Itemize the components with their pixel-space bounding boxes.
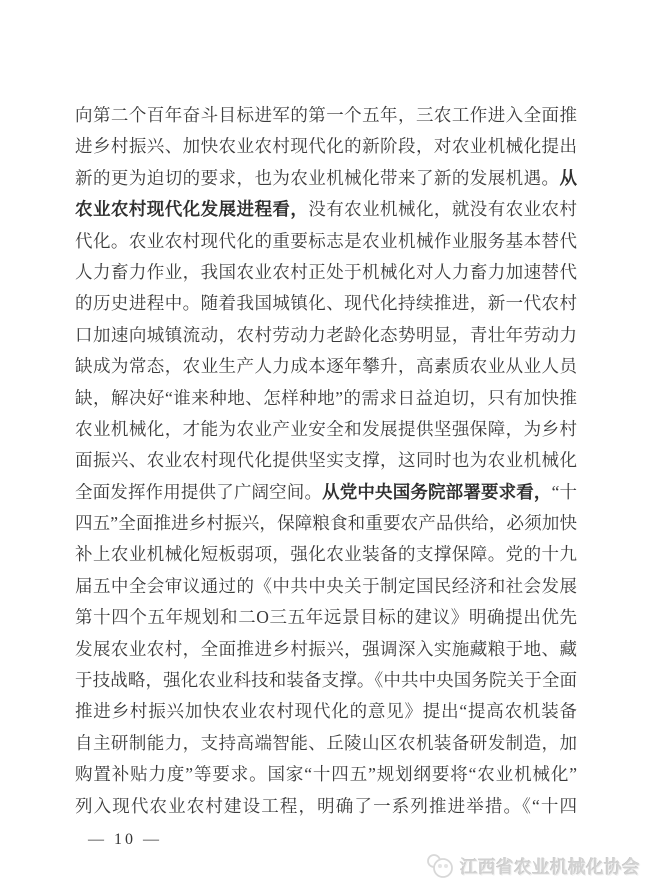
text-line: 进乡村振兴、加快农业农村现代化的新阶段，对农业机械化提出了 — [75, 131, 577, 162]
association-logo-icon — [425, 852, 455, 880]
page-number: — 10 — — [88, 831, 162, 849]
text-line: 缺成为常态，农业生产人力成本逐年攀升，高素质农业从业人员短 — [75, 351, 577, 382]
document-page: 向第二个百年奋斗目标进军的第一个五年，三农工作进入全面推进乡村振兴、加快农业农村… — [0, 0, 650, 893]
text-line: 发展农业农村，全面推进乡村振兴，强调深入实施藏粮于地、藏粮 — [75, 634, 577, 665]
text-line: 面振兴、农业农村现代化提供坚实支撑，这同时也为农业机械化的 — [75, 445, 577, 476]
text-line: 四五”全面推进乡村振兴，保障粮食和重要农产品供给，必须加快 — [75, 508, 577, 539]
text-line: 向第二个百年奋斗目标进军的第一个五年，三农工作进入全面推 — [75, 100, 577, 131]
text-line: 届五中全会审议通过的《中共中央关于制定国民经济和社会发展 — [75, 571, 577, 602]
document-body: 向第二个百年奋斗目标进军的第一个五年，三农工作进入全面推进乡村振兴、加快农业农村… — [75, 100, 577, 822]
text-line: 新的更为迫切的要求，也为农业机械化带来了新的发展机遇。从 — [75, 163, 577, 194]
text-line: 于技战略，强化农业科技和装备支撑。《中共中央国务院关于全面 — [75, 665, 577, 696]
text-line: 全面发挥作用提供了广阔空间。从党中央国务院部署要求看，“十 — [75, 477, 577, 508]
text-line: 农业机械化，才能为农业产业安全和发展提供坚强保障，为乡村全 — [75, 414, 577, 445]
text-line: 购置补贴力度”等要求。国家“十四五”规划纲要将“农业机械化” — [75, 759, 577, 790]
watermark-text: 江西省农业机械化协会 — [460, 854, 640, 879]
text-line: 口加速向城镇流动，农村劳动力老龄化态势明显，青壮年劳动力短 — [75, 320, 577, 351]
text-line: 的历史进程中。随着我国城镇化、现代化持续推进，新一代农村人 — [75, 288, 577, 319]
text-line: 代化。农业农村现代化的重要标志是农业机械作业服务基本替代 — [75, 226, 577, 257]
text-line: 列入现代农业农村建设工程，明确了一系列推进举措。《“十四 — [75, 791, 577, 822]
text-line: 第十四个五年规划和二O三五年远景目标的建议》明确提出优先 — [75, 602, 577, 633]
text-line: 自主研制能力，支持高端智能、丘陵山区农机装备研发制造，加大 — [75, 728, 577, 759]
text-line: 缺，解决好“谁来种地、怎样种地”的需求日益迫切，只有加快推进 — [75, 383, 577, 414]
watermark: 江西省农业机械化协会 — [425, 852, 640, 880]
text-line: 人力畜力作业，我国农业农村正处于机械化对人力畜力加速替代 — [75, 257, 577, 288]
text-line: 农业农村现代化发展进程看，没有农业机械化，就没有农业农村现 — [75, 194, 577, 225]
text-line: 补上农业机械化短板弱项，强化农业装备的支撑保障。党的十九 — [75, 539, 577, 570]
text-line: 推进乡村振兴加快农业农村现代化的意见》提出“提高农机装备 — [75, 696, 577, 727]
